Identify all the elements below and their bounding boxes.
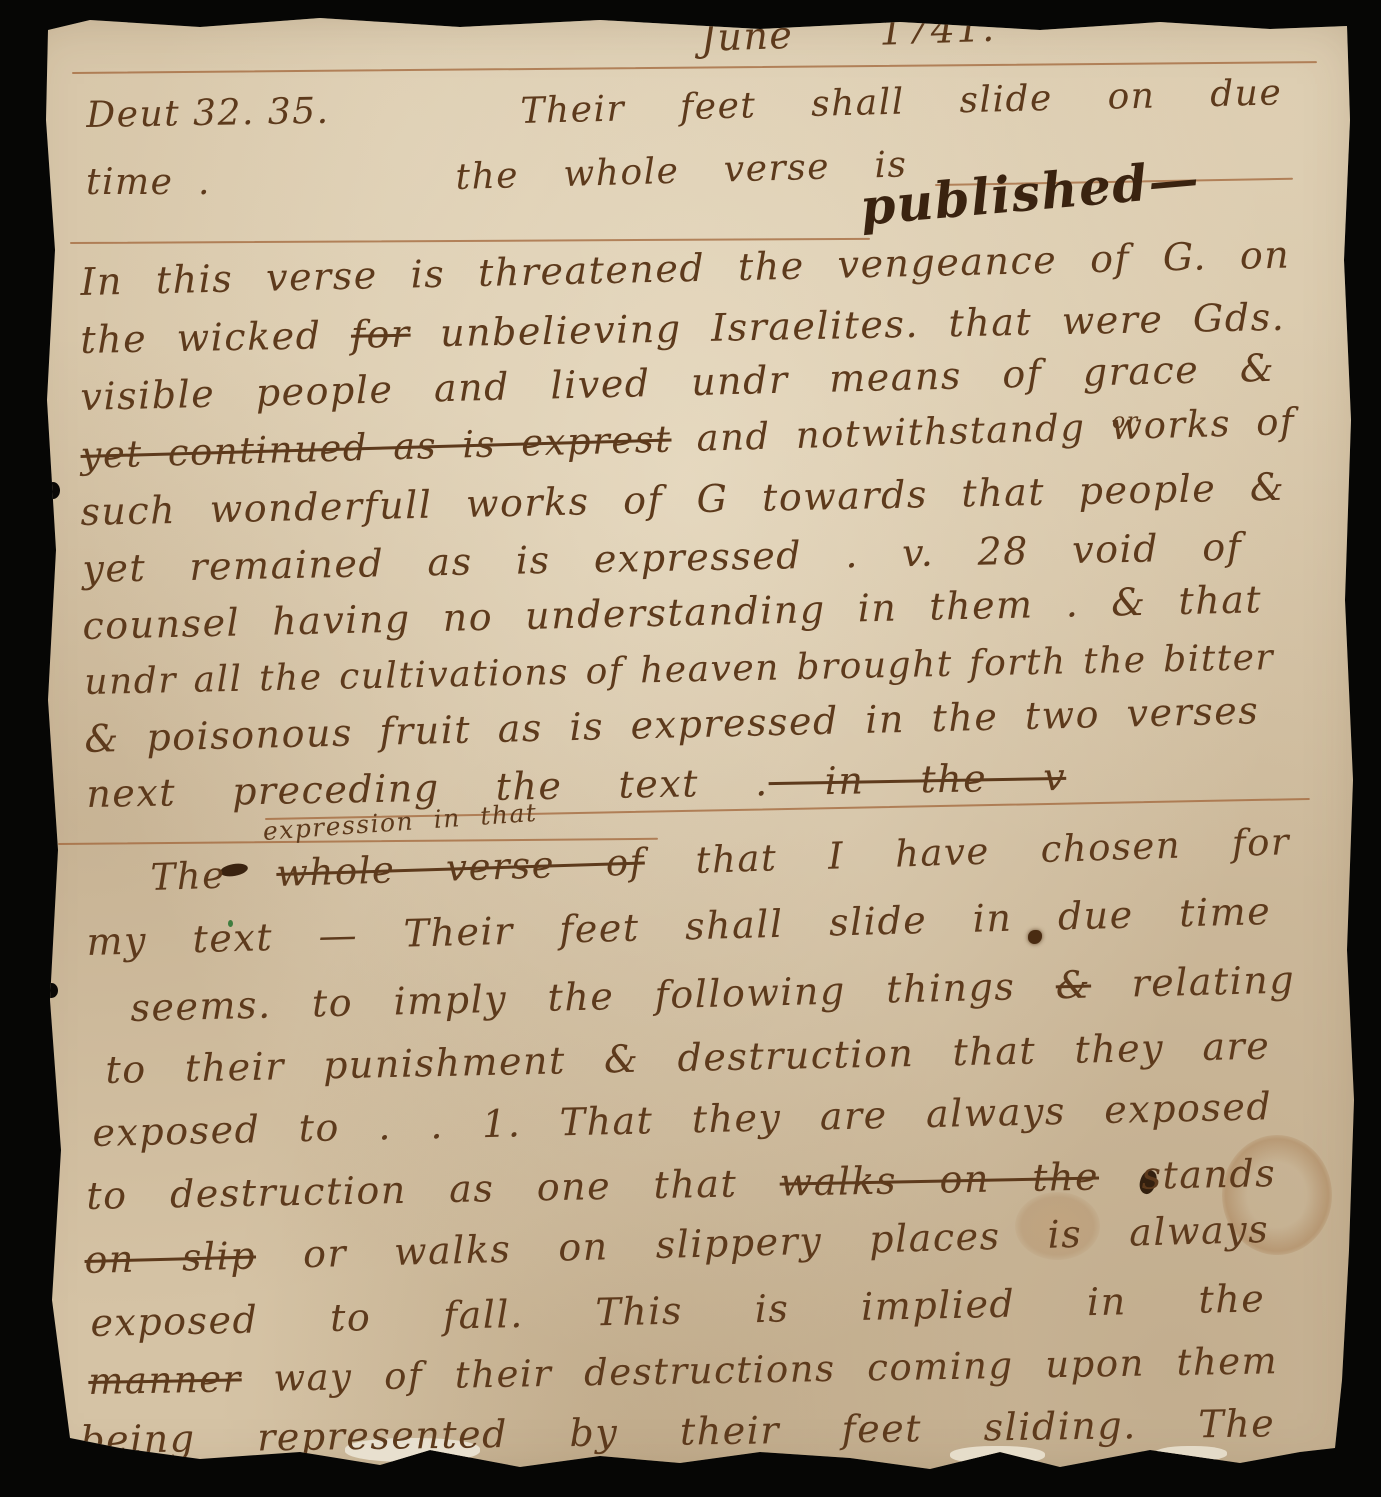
scripture-reference: Deut 32. 35. xyxy=(86,92,322,136)
scripture-verse-line2: time . xyxy=(86,163,211,203)
torn-fiber-3 xyxy=(1155,1446,1227,1461)
handwriting-segment: for xyxy=(351,312,411,357)
handwriting-segment: on slip xyxy=(84,1234,257,1282)
handwriting-segment: relating xyxy=(1091,958,1296,1007)
handwriting-segment: next preceding the text . xyxy=(86,760,769,816)
handwriting-segment: manner xyxy=(88,1357,242,1403)
handwriting-segment: to destruction as one that xyxy=(86,1161,780,1218)
handwriting-segment: in the v xyxy=(768,755,1066,804)
handwriting-segment: the wicked xyxy=(80,313,351,362)
p2-line-9: manner way of their destructions coming … xyxy=(88,1341,1279,1402)
handwriting-segment: unbelieving Israelites. that were Gds. xyxy=(410,295,1285,356)
punch-hole-upper xyxy=(46,482,60,499)
ruled-line-under-heading xyxy=(70,238,870,244)
p2-line-5: exposed to . . 1. That they are always e… xyxy=(92,1086,1273,1155)
handwriting-segment: that I have chosen for xyxy=(644,820,1291,883)
handwriting-segment: way of their destructions coming upon th… xyxy=(241,1339,1278,1400)
handwriting-segment: counsel having no understanding in them … xyxy=(82,577,1263,648)
handwriting-segment: to their punishment & destruction that t… xyxy=(105,1024,1271,1092)
handwriting-segment: exposed to . . 1. That they are always e… xyxy=(92,1084,1273,1155)
inserted-word-published: published— xyxy=(858,151,1197,235)
p1-line-7: counsel having no understanding in them … xyxy=(82,579,1263,648)
handwriting-segment: & xyxy=(1055,963,1091,1008)
p1-line-9: & poisonous fruit as is expressed in the… xyxy=(84,690,1260,760)
p2-line-6: to destruction as one that walks on the … xyxy=(86,1153,1277,1218)
p2-line-2: my text — Their feet shall slide in due … xyxy=(86,891,1272,964)
handwriting-segment: In this verse is threatened the vengeanc… xyxy=(80,233,1291,304)
p1-line-5: such wonderfull works of G towards that … xyxy=(80,467,1286,534)
handwriting-segment: my text — Their feet shall slide in due … xyxy=(86,889,1272,964)
handwriting-segment: exposed to fall. This is implied in the xyxy=(90,1276,1266,1345)
manuscript-page: June 1741.Deut 32. 35.Their feet shall s… xyxy=(0,0,1381,1497)
handwriting-segment: whole verse of xyxy=(276,840,646,895)
p2-line-3: seems. to imply the following things & r… xyxy=(130,960,1296,1030)
handwriting-segment: and notwithstandg works of xyxy=(671,400,1296,460)
ruled-line-top xyxy=(72,61,1317,74)
scripture-note: the whole verse is xyxy=(455,145,908,197)
handwriting-segment: or walks on slippery places is always xyxy=(255,1207,1269,1278)
handwriting-segment: walks on the xyxy=(779,1155,1099,1205)
p2-line-4: to their punishment & destruction that t… xyxy=(105,1026,1271,1092)
p2-line-10: being represented by their feet sliding.… xyxy=(80,1403,1275,1461)
header-date: June 1741. xyxy=(700,8,996,60)
punch-hole-lower xyxy=(45,983,58,998)
handwriting-segment: such wonderfull works of G towards that … xyxy=(80,465,1286,534)
p1-line-1: In this verse is threatened the vengeanc… xyxy=(80,235,1291,304)
scripture-verse-line1: Their feet shall slide on due xyxy=(520,73,1283,131)
handwriting-segment: being represented by their feet sliding.… xyxy=(80,1401,1275,1462)
p2-line-8: exposed to fall. This is implied in the xyxy=(90,1278,1266,1344)
handwriting-segment: seems. to imply the following things xyxy=(130,963,1056,1030)
handwriting-segment: The xyxy=(150,852,277,899)
handwriting-segment: stands xyxy=(1099,1151,1277,1198)
p2-line-7: on slip or walks on slippery places is a… xyxy=(84,1209,1270,1282)
handwriting-segment: yet continued as is exprest xyxy=(80,417,672,476)
manuscript-scan: June 1741.Deut 32. 35.Their feet shall s… xyxy=(0,0,1381,1497)
